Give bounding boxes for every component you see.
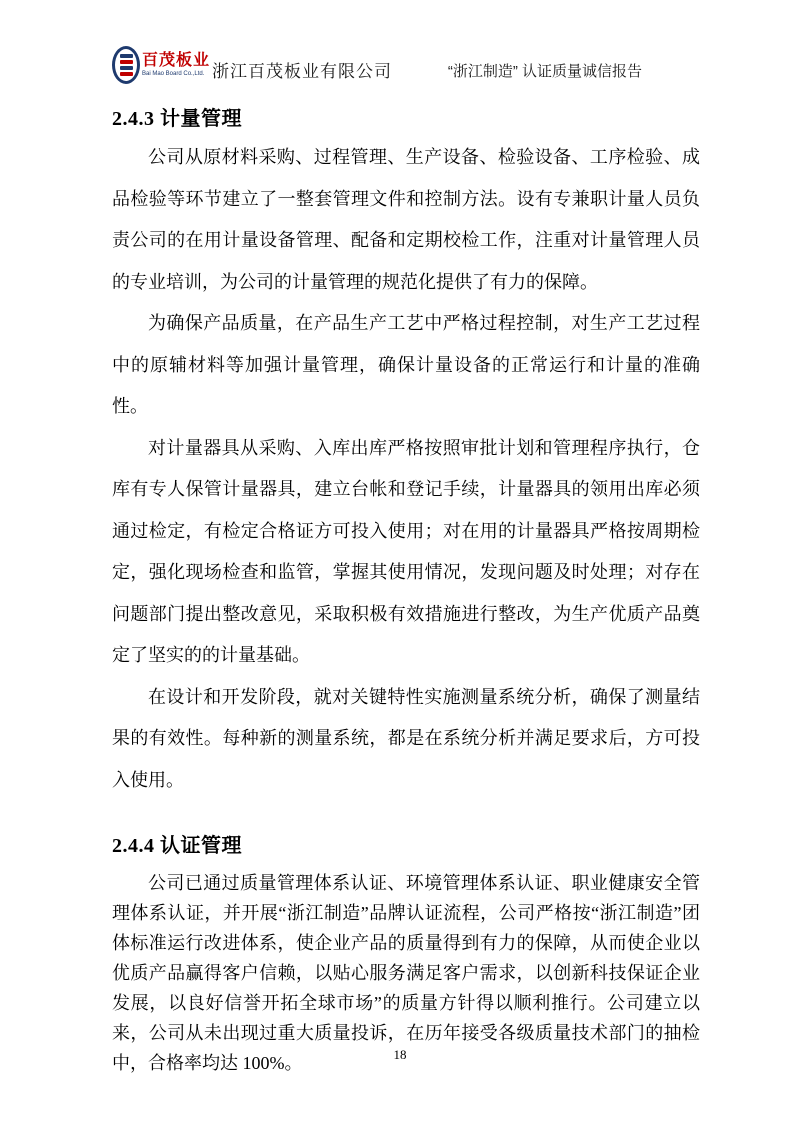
report-title: “浙江制造” 认证质量诚信报告 bbox=[448, 60, 642, 84]
company-name: 浙江百茂板业有限公司 bbox=[212, 57, 392, 84]
logo-stripe bbox=[120, 72, 133, 76]
logo-stripe bbox=[120, 66, 133, 70]
paragraph-metrology-2: 为确保产品质量，在产品生产工艺中严格过程控制，对生产工艺过程中的原辅材料等加强计… bbox=[112, 303, 700, 428]
section-heading-2-4-4: 2.4.4 认证管理 bbox=[112, 829, 700, 858]
baimao-board-logo-icon bbox=[112, 46, 140, 84]
paragraph-metrology-1: 公司从原材料采购、过程管理、生产设备、检验设备、工序检验、成品检验等环节建立了一… bbox=[112, 137, 700, 303]
logo-english-text: Bai Mao Board Co.,Ltd. bbox=[142, 71, 210, 77]
section-heading-2-4-3: 2.4.3 计量管理 bbox=[112, 102, 700, 131]
logo-chinese-text: 百茂板业 bbox=[142, 53, 210, 69]
document-page: 百茂板业 Bai Mao Board Co.,Ltd. 浙江百茂板业有限公司 “… bbox=[0, 0, 800, 1131]
document-body: 2.4.3 计量管理 公司从原材料采购、过程管理、生产设备、检验设备、工序检验、… bbox=[112, 102, 700, 1078]
page-number: 18 bbox=[394, 1047, 407, 1062]
logo-stripe bbox=[120, 60, 133, 64]
logo-stripe bbox=[120, 54, 133, 58]
paragraph-metrology-4: 在设计和开发阶段，就对关键特性实施测量系统分析，确保了测量结果的有效性。每种新的… bbox=[112, 677, 700, 802]
logo-wordmark: 百茂板业 Bai Mao Board Co.,Ltd. bbox=[142, 53, 210, 77]
company-logo: 百茂板业 Bai Mao Board Co.,Ltd. bbox=[112, 46, 210, 84]
page-footer: 18 bbox=[0, 1047, 800, 1063]
page-header: 百茂板业 Bai Mao Board Co.,Ltd. 浙江百茂板业有限公司 “… bbox=[112, 46, 700, 84]
paragraph-metrology-3: 对计量器具从采购、入库出库严格按照审批计划和管理程序执行，仓库有专人保管计量器具… bbox=[112, 428, 700, 677]
